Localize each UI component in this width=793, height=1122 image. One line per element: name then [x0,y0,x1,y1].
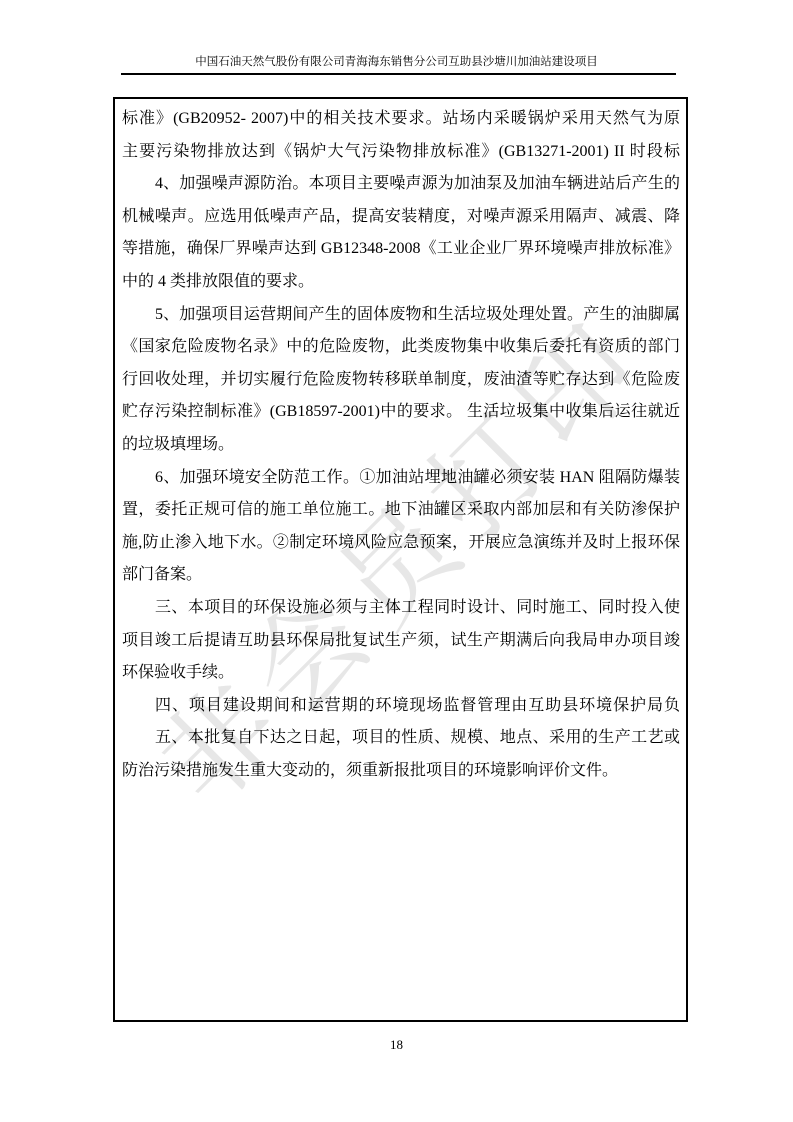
text-line: 施,防止渗入地下水。②制定环境风险应急预案，开展应急演练并及时上报环保 [122,527,680,560]
page-number: 18 [0,1037,793,1053]
header-rule-line [121,73,676,75]
text-line: 中的 4 类排放限值的要求。 [122,266,680,299]
text-line: 4、加强噪声源防治。本项目主要噪声源为加油泵及加油车辆进站后产生的 [122,168,680,201]
text-line: 5、加强项目运营期间产生的固体废物和生活垃圾处理处置。产生的油脚属 [122,299,680,332]
text-line: 等措施，确保厂界噪声达到 GB12348-2008《工业企业厂界环境噪声排放标准… [122,233,680,266]
text-line: 6、加强环境安全防范工作。①加油站埋地油罐必须安装 HAN 阻隔防爆装 [122,462,680,495]
text-line: 项目竣工后提请互助县环保局批复试生产须，试生产期满后向我局申办项目竣工 [122,625,680,658]
text-line: 置，委托正规可信的施工单位施工。地下油罐区采取内部加层和有关防渗保护措 [122,494,680,527]
text-line: 四、项目建设期间和运营期的环境现场监督管理由互助县环境保护局负责。 [122,690,680,723]
content-table-border: 标准》(GB20952- 2007)中的相关技术要求。站场内采暖锅炉采用天然气为… [113,97,688,1022]
text-line: 《国家危险废物名录》中的危险废物，此类废物集中收集后委托有资质的部门进 [122,331,680,364]
text-line: 环保验收手续。 [122,657,680,690]
text-line: 行回收处理，并切实履行危险废物转移联单制度，废油渣等贮存达到《危险废物 [122,364,680,397]
text-line: 贮存污染控制标准》(GB18597-2001)中的要求。 生活垃圾集中收集后运往… [122,396,680,429]
document-body-text: 标准》(GB20952- 2007)中的相关技术要求。站场内采暖锅炉采用天然气为… [115,99,686,787]
text-line: 防治污染措施发生重大变动的，须重新报批项目的环境影响评价文件。 [122,755,680,788]
text-line: 机械噪声。应选用低噪声产品，提高安装精度，对噪声源采用隔声、减震、降噪 [122,201,680,234]
page-header-title: 中国石油天然气股份有限公司青海海东销售分公司互助县沙塘川加油站建设项目 [0,55,793,69]
text-line: 标准》(GB20952- 2007)中的相关技术要求。站场内采暖锅炉采用天然气为… [122,103,680,136]
document-page: 非会员打印 中国石油天然气股份有限公司青海海东销售分公司互助县沙塘川加油站建设项… [0,0,793,1122]
text-line: 部门备案。 [122,559,680,592]
text-line: 三、本项目的环保设施必须与主体工程同时设计、同时施工、同时投入使用。 [122,592,680,625]
text-line: 的垃圾填埋场。 [122,429,680,462]
text-line: 主要污染物排放达到《锅炉大气污染物排放标准》(GB13271-2001) II … [122,136,680,169]
text-line: 五、本批复自下达之日起，项目的性质、规模、地点、采用的生产工艺或者 [122,722,680,755]
